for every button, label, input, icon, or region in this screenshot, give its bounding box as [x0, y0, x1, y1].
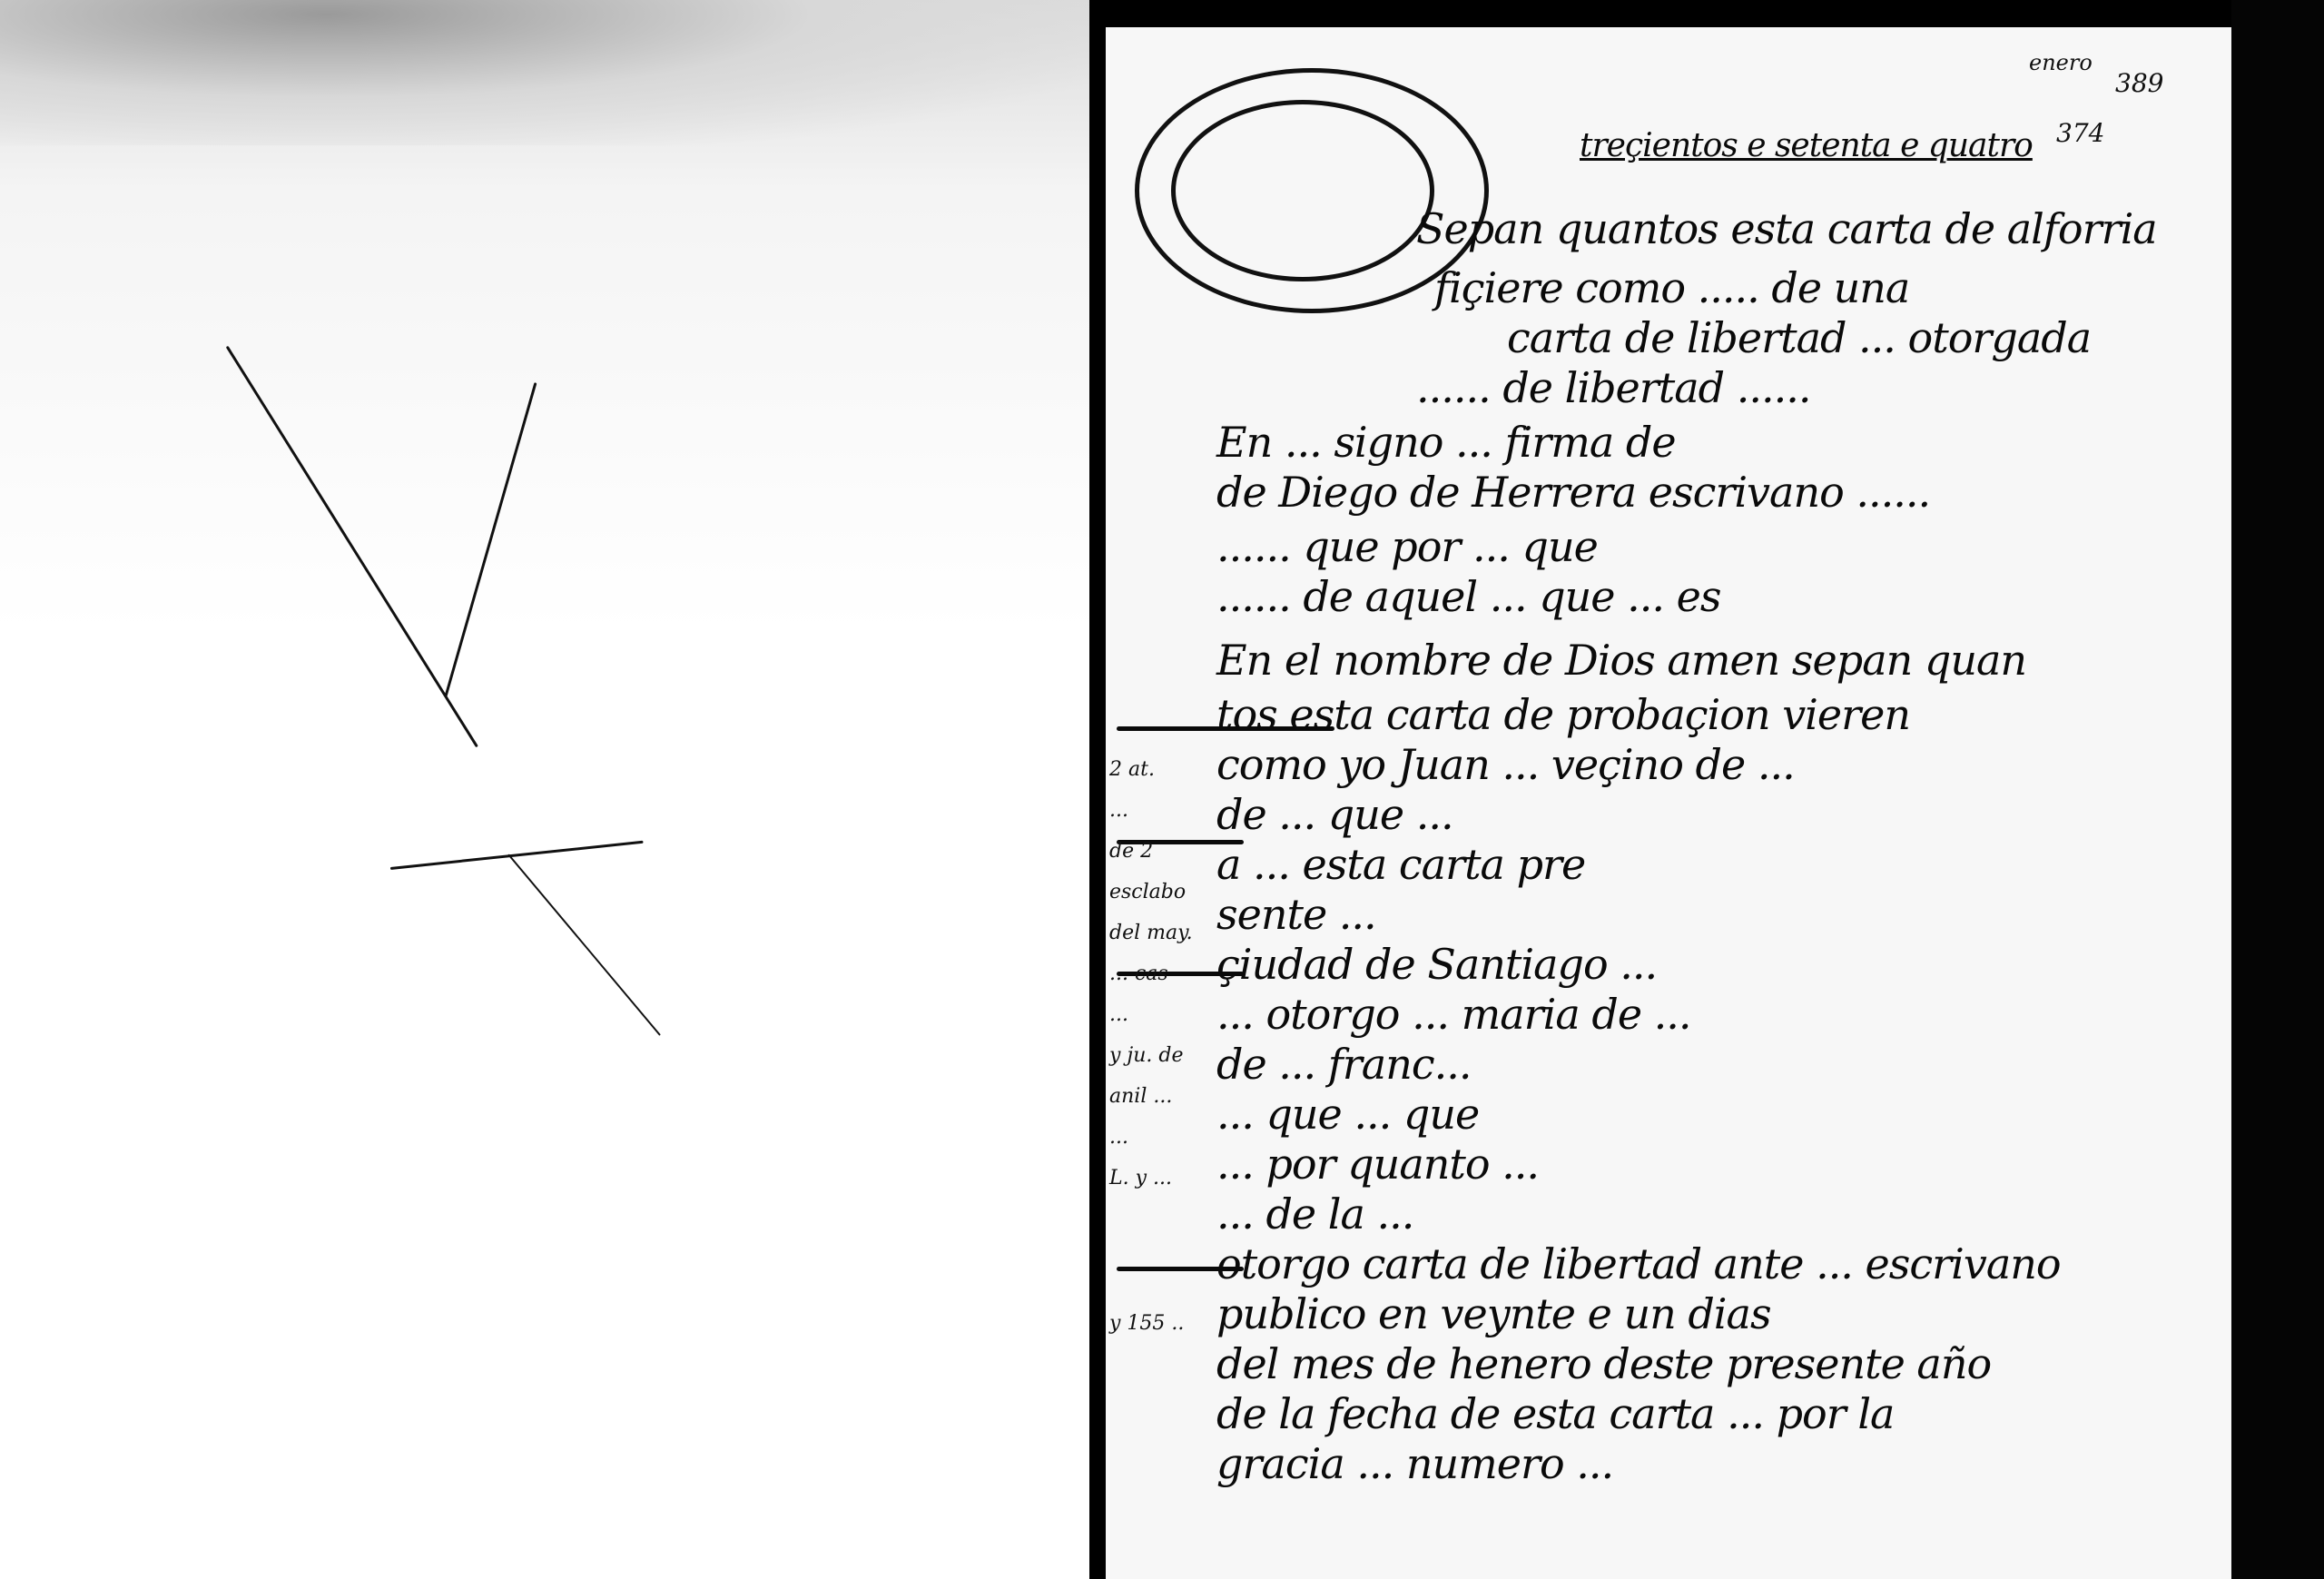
folio-note: enero: [2029, 50, 2093, 75]
text-line: publico en veynte e un dias: [1216, 1289, 1771, 1338]
margin-note: del may.: [1109, 922, 1193, 944]
margin-note: y 155 ..: [1109, 1312, 1184, 1335]
text-line: ...... de libertad ......: [1416, 363, 1810, 412]
margin-note: ...: [1109, 1126, 1128, 1149]
text-line: otorgo carta de libertad ante ... escriv…: [1216, 1239, 2061, 1288]
text-line: ...... de aquel ... que ... es: [1216, 572, 1720, 621]
pen-stroke: [507, 854, 661, 1035]
initial-flourish: [1171, 100, 1434, 281]
text-line: gracia ... numero ...: [1216, 1439, 1613, 1488]
text-line: de ... que ...: [1216, 790, 1453, 839]
heading: treçientos e setenta e quatro: [1580, 127, 2033, 164]
text-line: ... otorgo ... maria de ...: [1216, 990, 1691, 1039]
folio-number: 374: [2056, 118, 2104, 148]
margin-rule: [1117, 1267, 1244, 1271]
margin-note: ...: [1109, 1003, 1128, 1026]
text-line: Sepan quantos esta carta de alforria: [1416, 204, 2157, 253]
text-line: fiçiere como ..... de una: [1434, 263, 1909, 312]
text-line: de Diego de Herrera escrivano ......: [1216, 468, 1930, 517]
folio-number: 389: [2115, 68, 2163, 98]
margin-note: ... cas: [1109, 962, 1168, 985]
text-line: como yo Juan ... veçino de ...: [1216, 740, 1795, 789]
text-line: tos esta carta de probaçion vieren: [1216, 690, 1910, 739]
text-line: del mes de henero deste presente año: [1216, 1339, 1991, 1388]
margin-note: anil ...: [1109, 1085, 1172, 1108]
text-line: de la fecha de esta carta ... por la: [1216, 1389, 1894, 1438]
scan-border: [1106, 0, 2324, 27]
text-line: sente ...: [1216, 890, 1376, 939]
margin-note: ...: [1109, 799, 1128, 822]
scan-border: [2231, 0, 2324, 1579]
manuscript-spread: enero 389 374 treçientos e setenta e qua…: [0, 0, 2324, 1579]
text-line: carta de libertad ... otorgada: [1507, 313, 2091, 362]
text-line: En el nombre de Dios amen sepan quan: [1216, 636, 2026, 685]
left-page: [0, 0, 1089, 1579]
margin-note: 2 at.: [1109, 758, 1155, 781]
margin-note: esclabo: [1109, 881, 1186, 903]
text-line: çiudad de Santiago ...: [1216, 940, 1657, 989]
text-line: En ... signo ... firma de: [1216, 418, 1676, 467]
pen-stroke: [226, 346, 478, 748]
text-line: a ... esta carta pre: [1216, 840, 1585, 889]
text-line: ... que ... que: [1216, 1090, 1479, 1139]
margin-rule: [1117, 726, 1334, 731]
margin-note: de 2: [1109, 840, 1153, 863]
text-line: de ... franc...: [1216, 1040, 1471, 1089]
gutter: [1089, 0, 1106, 1579]
margin-note: L. y ...: [1109, 1167, 1172, 1189]
stain: [0, 0, 1089, 145]
text-line: ... de la ...: [1216, 1189, 1413, 1239]
margin-note: y ju. de: [1109, 1044, 1184, 1067]
text-line: ...... que por ... que: [1216, 522, 1598, 571]
text-line: ... por quanto ...: [1216, 1140, 1539, 1189]
pen-stroke: [444, 382, 537, 697]
